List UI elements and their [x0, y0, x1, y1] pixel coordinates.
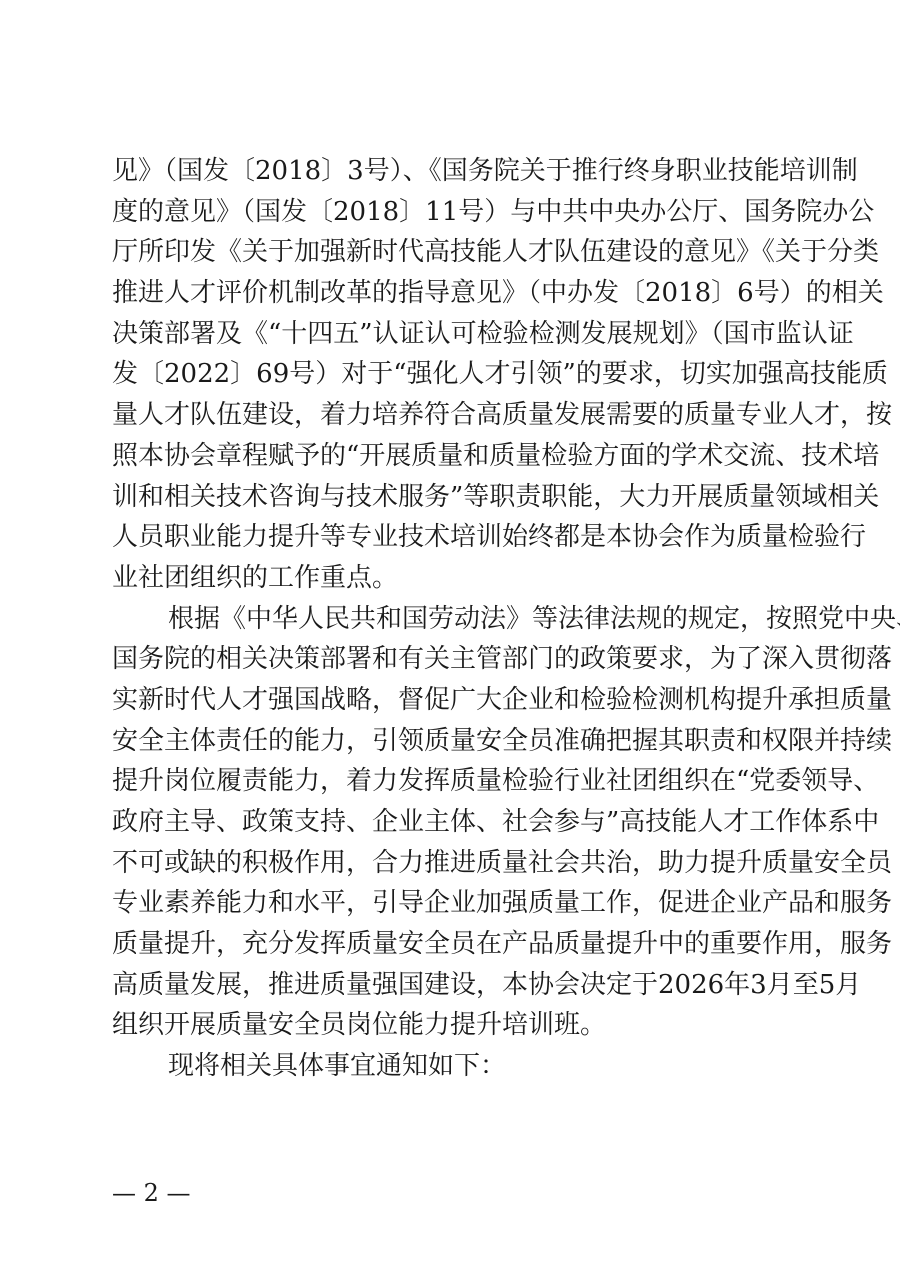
document-body: 见》（国发〔2018〕3号）、《国务院关于推行终身职业技能培训制 度的意见》（国…	[112, 151, 790, 1087]
paragraph-1: 见》（国发〔2018〕3号）、《国务院关于推行终身职业技能培训制 度的意见》（国…	[112, 151, 790, 599]
text-line: 根据《中华人民共和国劳动法》等法律法规的规定，按照党中央、	[112, 599, 790, 640]
text-line: 组织开展质量安全员岗位能力提升培训班。	[112, 1005, 790, 1046]
text-line: 照本协会章程赋予的“开展质量和质量检验方面的学术交流、技术培	[112, 436, 790, 477]
text-line: 业社团组织的工作重点。	[112, 558, 790, 599]
text-line: 实新时代人才强国战略，督促广大企业和检验检测机构提升承担质量	[112, 680, 790, 721]
text-line: 政府主导、政策支持、企业主体、社会参与”高技能人才工作体系中	[112, 802, 790, 843]
text-line: 推进人才评价机制改革的指导意见》（中办发〔2018〕6号）的相关	[112, 273, 790, 314]
paragraph-2: 根据《中华人民共和国劳动法》等法律法规的规定，按照党中央、 国务院的相关决策部署…	[112, 599, 790, 1047]
text-line: 不可或缺的积极作用，合力推进质量社会共治，助力提升质量安全员	[112, 843, 790, 884]
text-line: 量人才队伍建设，着力培养符合高质量发展需要的质量专业人才，按	[112, 395, 790, 436]
text-line: 度的意见》（国发〔2018〕11号）与中共中央办公厅、国务院办公	[112, 192, 790, 233]
text-line: 专业素养能力和水平，引导企业加强质量工作，促进企业产品和服务	[112, 883, 790, 924]
text-line: 决策部署及《“十四五”认证认可检验检测发展规划》（国市监认证	[112, 314, 790, 355]
text-line: 现将相关具体事宜通知如下：	[112, 1046, 790, 1087]
text-line: 训和相关技术咨询与技术服务”等职责职能，大力开展质量领域相关	[112, 477, 790, 518]
text-line: 人员职业能力提升等专业技术培训始终都是本协会作为质量检验行	[112, 517, 790, 558]
text-line: 提升岗位履责能力，着力发挥质量检验行业社团组织在“党委领导、	[112, 761, 790, 802]
text-line: 发〔2022〕69号）对于“强化人才引领”的要求，切实加强高技能质	[112, 354, 790, 395]
text-line: 安全主体责任的能力，引领质量安全员准确把握其职责和权限并持续	[112, 721, 790, 762]
text-line: 高质量发展，推进质量强国建设，本协会决定于2026年3月至5月	[112, 965, 790, 1006]
text-line: 见》（国发〔2018〕3号）、《国务院关于推行终身职业技能培训制	[112, 151, 790, 192]
text-line: 厅所印发《关于加强新时代高技能人才队伍建设的意见》《关于分类	[112, 232, 790, 273]
text-line: 国务院的相关决策部署和有关主管部门的政策要求，为了深入贯彻落	[112, 639, 790, 680]
text-line: 质量提升，充分发挥质量安全员在产品质量提升中的重要作用，服务	[112, 924, 790, 965]
paragraph-3: 现将相关具体事宜通知如下：	[112, 1046, 790, 1087]
page-number: — 2 —	[112, 1177, 191, 1209]
document-page: 见》（国发〔2018〕3号）、《国务院关于推行终身职业技能培训制 度的意见》（国…	[0, 0, 900, 1273]
